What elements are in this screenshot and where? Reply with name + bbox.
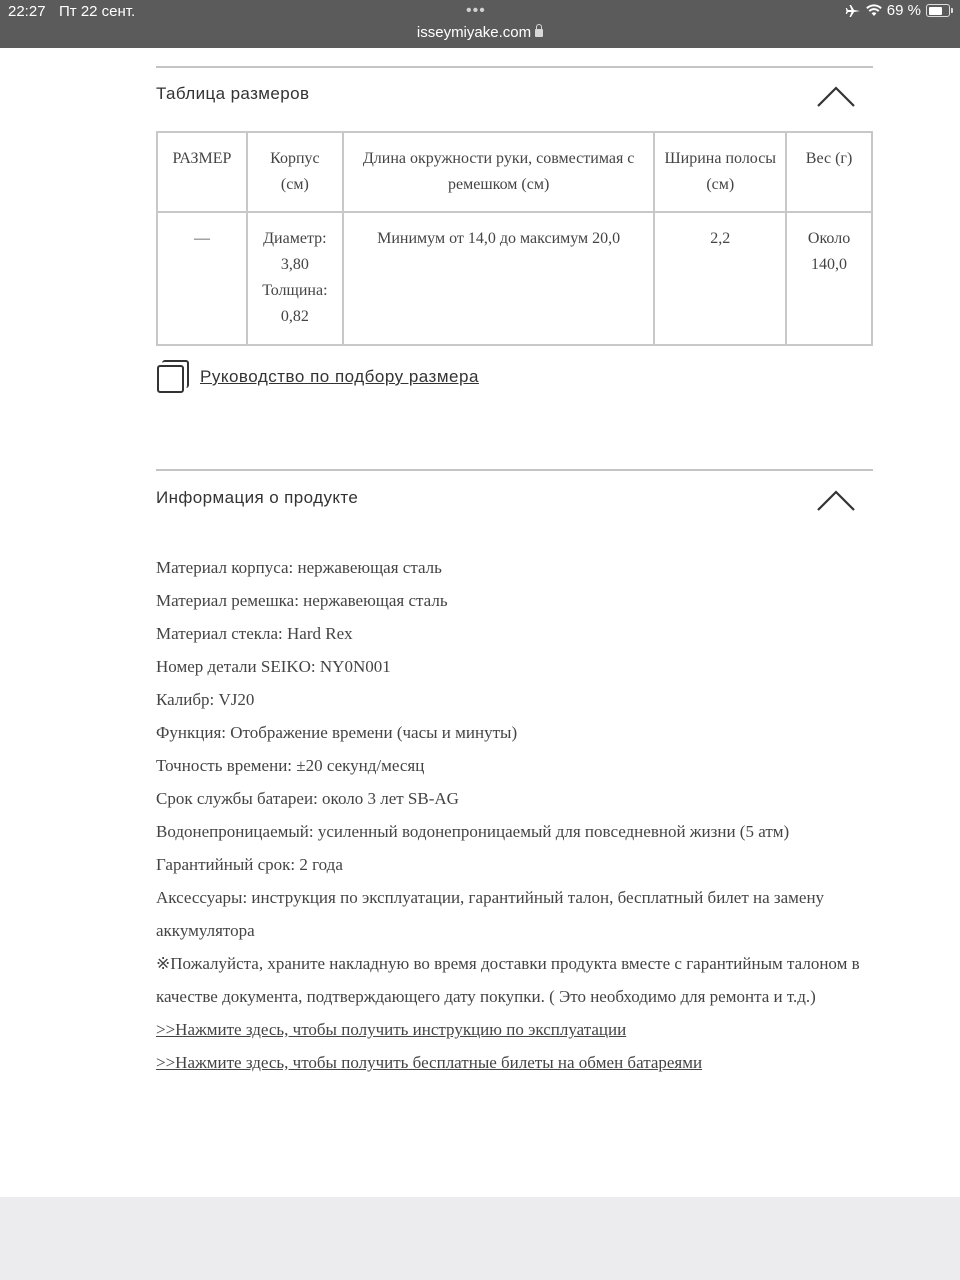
table-header-row: РАЗМЕР Корпус (см) Длина окружности руки… (157, 132, 872, 212)
address-bar[interactable]: isseymiyake.com (0, 24, 960, 41)
info-line: Точность времени: ±20 секунд/месяц (156, 749, 876, 782)
info-line: Номер детали SEIKO: NY0N001 (156, 650, 876, 683)
info-line: Материал стекла: Hard Rex (156, 617, 876, 650)
wifi-icon (866, 4, 882, 17)
battery-icon (926, 4, 950, 17)
size-table: РАЗМЕР Корпус (см) Длина окружности руки… (156, 131, 873, 346)
copy-window-icon (156, 360, 190, 394)
info-line: Функция: Отображение времени (часы и мин… (156, 716, 876, 749)
cell-case: Диаметр: 3,80 Толщина: 0,82 (247, 212, 343, 345)
browser-status-bar: 22:27 Пт 22 сент. ••• isseymiyake.com 69… (0, 0, 960, 48)
status-icons: 69 % (845, 2, 950, 19)
info-note: ※Пожалуйста, храните накладную во время … (156, 947, 876, 1013)
info-line: Материал ремешка: нержавеющая сталь (156, 584, 876, 617)
column-header-weight: Вес (г) (786, 132, 872, 212)
table-row: — Диаметр: 3,80 Толщина: 0,82 Минимум от… (157, 212, 872, 345)
info-line: Срок службы батареи: около 3 лет SB-AG (156, 782, 876, 815)
battery-ticket-link[interactable]: >>Нажмите здесь, чтобы получить бесплатн… (156, 1046, 876, 1079)
info-line: Водонепроницаемый: усиленный водонепрони… (156, 815, 876, 848)
section-divider (156, 469, 873, 471)
info-line: Калибр: VJ20 (156, 683, 876, 716)
more-dots-icon[interactable]: ••• (466, 6, 486, 16)
column-header-band-width: Ширина полосы (см) (654, 132, 786, 212)
size-guide-link[interactable]: Руководство по подбору размера (200, 367, 479, 387)
cell-band-width: 2,2 (654, 212, 786, 345)
lock-icon (535, 29, 543, 37)
info-line: Аксессуары: инструкция по эксплуатации, … (156, 881, 876, 947)
cell-weight: Около 140,0 (786, 212, 872, 345)
chevron-up-icon[interactable] (816, 84, 856, 108)
cell-size: — (157, 212, 247, 345)
battery-level (929, 7, 942, 15)
info-section-title[interactable]: Информация о продукте (156, 488, 358, 508)
date: Пт 22 сент. (59, 3, 135, 20)
clock: 22:27 (8, 3, 46, 20)
column-header-case: Корпус (см) (247, 132, 343, 212)
footer-background (0, 1197, 960, 1280)
battery-percent: 69 % (887, 2, 921, 19)
column-header-wrist: Длина окружности руки, совместимая с рем… (343, 132, 655, 212)
size-guide[interactable]: Руководство по подбору размера (156, 360, 479, 394)
cell-wrist: Минимум от 14,0 до максимум 20,0 (343, 212, 655, 345)
airplane-icon (845, 4, 861, 18)
chevron-up-icon[interactable] (816, 488, 856, 512)
info-line: Гарантийный срок: 2 года (156, 848, 876, 881)
section-divider (156, 66, 873, 68)
size-section-title[interactable]: Таблица размеров (156, 84, 309, 104)
product-info: Материал корпуса: нержавеющая сталь Мате… (156, 551, 876, 1079)
info-line: Материал корпуса: нержавеющая сталь (156, 551, 876, 584)
manual-link[interactable]: >>Нажмите здесь, чтобы получить инструкц… (156, 1013, 876, 1046)
column-header-size: РАЗМЕР (157, 132, 247, 212)
url-text: isseymiyake.com (417, 24, 531, 41)
